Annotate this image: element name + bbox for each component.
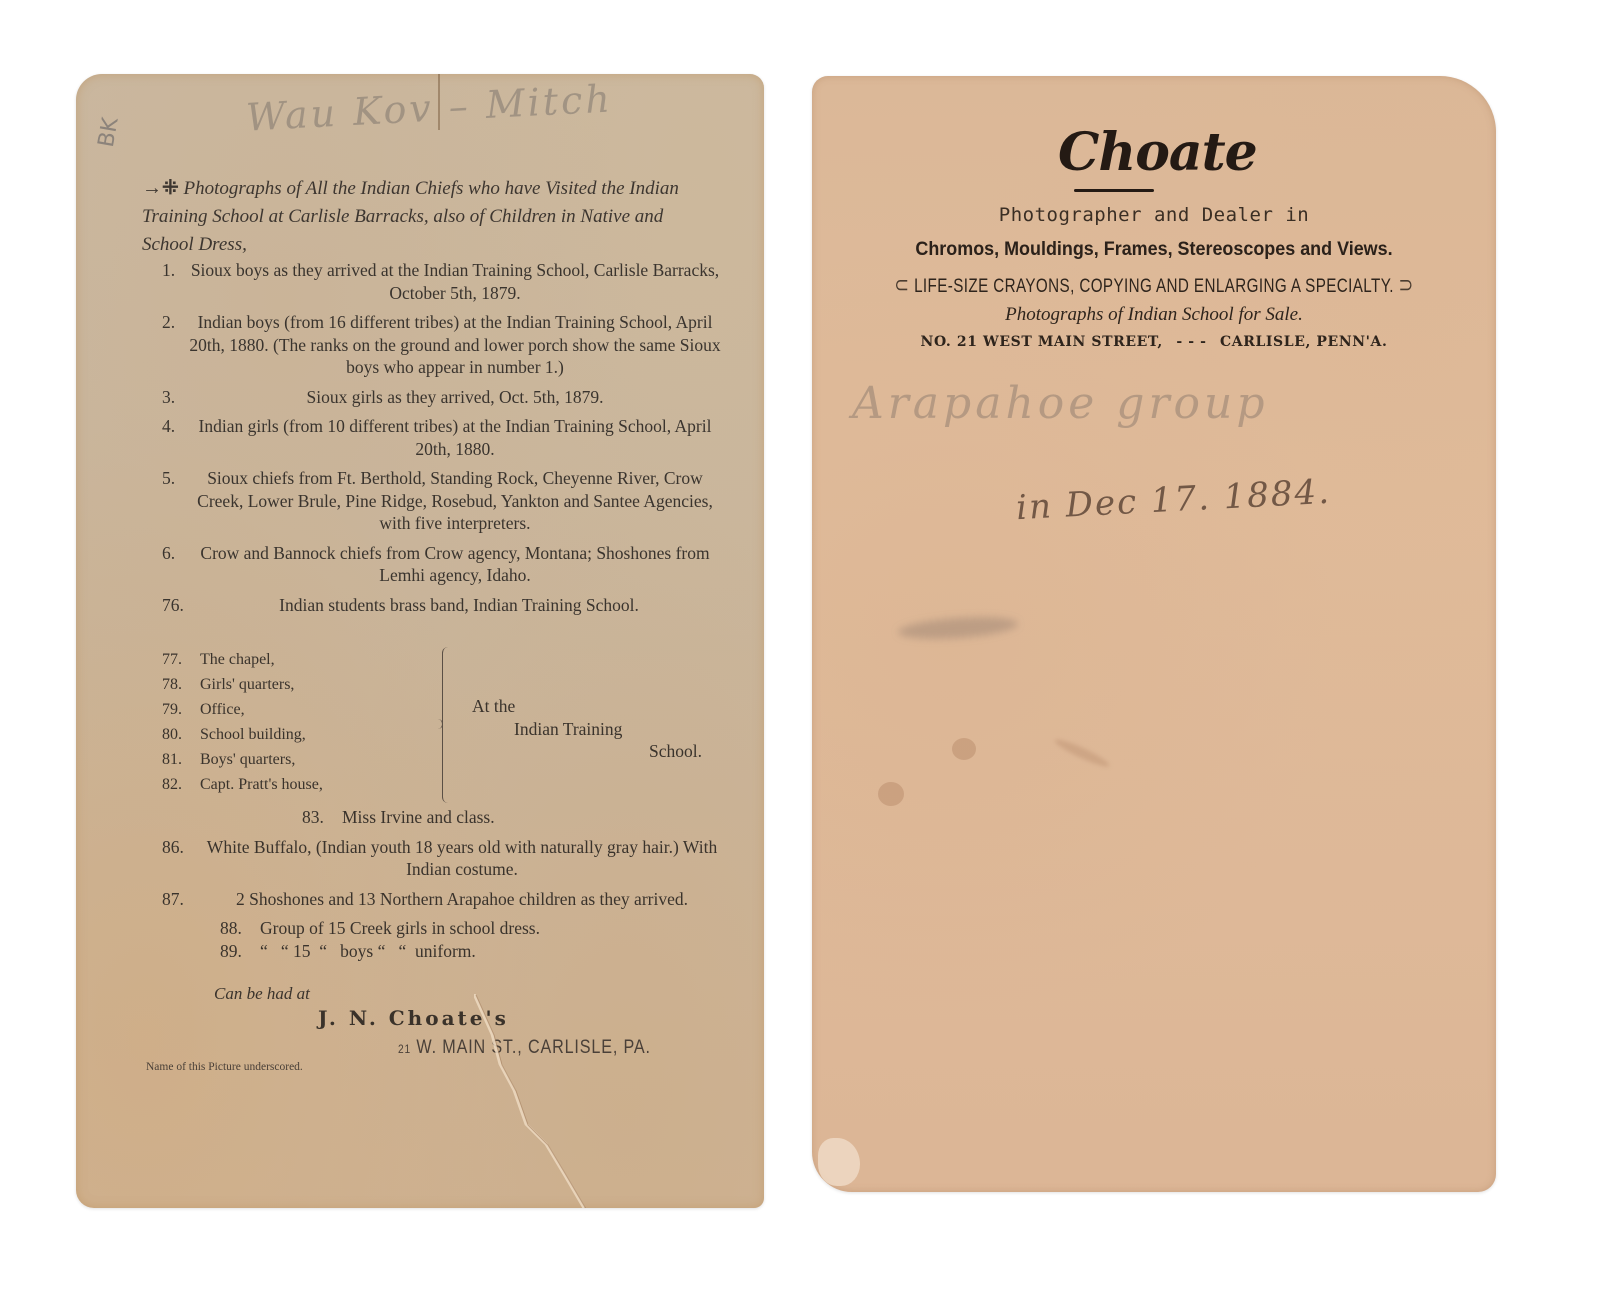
catalog-header: →⁜ Photographs of All the Indian Chiefs … [142, 174, 712, 259]
pencil-initials: BK [94, 116, 124, 149]
ink-inscription-date: in Dec 17. 1884. [1015, 472, 1332, 528]
scroll-ornament-icon: ⊃ [1399, 272, 1414, 297]
indian-school-photos-line: Photographs of Indian School for Sale. [812, 304, 1496, 326]
catalog-item: 5.Sioux chiefs from Ft. Berthold, Standi… [162, 467, 722, 535]
pencil-inscription-top: Wau Kov – Mitch [245, 76, 614, 139]
catalog-item: 4.Indian girls (from 10 different tribes… [162, 415, 722, 460]
stain [1053, 736, 1112, 770]
corner-wear [818, 1138, 860, 1186]
catalog-item: 87.2 Shoshones and 13 Northern Arapahoe … [162, 888, 722, 911]
goods-line: Chromos, Mouldings, Frames, Stereoscopes… [839, 238, 1468, 261]
stain [952, 738, 976, 760]
school-buildings-group: 77.The chapel, 78.Girls' quarters, 79.Of… [162, 647, 722, 817]
dealer-name: J. N. Choate's [318, 1006, 509, 1030]
footer-note: Name of this Picture underscored. [146, 1061, 303, 1073]
bracket-label: At the Indian Training School. [472, 695, 702, 763]
photographer-line: Photographer and Dealer in [812, 204, 1496, 226]
photo-catalog-list: 1.Sioux boys as they arrived at the Indi… [162, 259, 722, 623]
catalog-item: 89.“ “ 15 “ boys “ “ uniform. [162, 940, 722, 963]
specialty-line: ⊂ LIFE-SIZE CRAYONS, COPYING AND ENLARGI… [880, 272, 1427, 298]
stain [878, 782, 904, 806]
pointing-hand-ornament-icon: →⁜ [142, 177, 179, 199]
choate-script-logo: Choate [1058, 122, 1257, 183]
studio-address-line: NO. 21 WEST MAIN STREET, - - - CARLISLE,… [812, 334, 1496, 350]
scroll-ornament-icon: ⊂ [894, 272, 909, 297]
catalog-header-text: Photographs of All the Indian Chiefs who… [142, 178, 679, 255]
catalog-item: 1.Sioux boys as they arrived at the Indi… [162, 259, 722, 304]
catalog-item: 86.White Buffalo, (Indian youth 18 years… [162, 836, 722, 881]
right-card-reverse: Choate Photographer and Dealer in Chromo… [812, 76, 1496, 1192]
left-card-reverse: Wau Kov – Mitch BK →⁜ Photographs of All… [76, 74, 764, 1208]
catalog-item: 83.Miss Irvine and class. [162, 806, 722, 829]
catalog-item: 3.Sioux girls as they arrived, Oct. 5th,… [162, 386, 722, 409]
catalog-item: 88.Group of 15 Creek girls in school dre… [162, 917, 722, 940]
pencil-inscription: Arapahoe group [852, 378, 1269, 429]
catalog-item: 6.Crow and Bannock chiefs from Crow agen… [162, 542, 722, 587]
catalog-item: 2.Indian boys (from 16 different tribes)… [162, 311, 722, 379]
catalog-item: 76.Indian students brass band, Indian Tr… [162, 594, 722, 617]
can-be-had-text: Can be had at [214, 984, 310, 1004]
logo-underline [1074, 189, 1154, 192]
stain [897, 614, 1018, 642]
dealer-address: 21 W. MAIN ST., CARLISLE, PA. [398, 1037, 651, 1059]
photo-catalog-list-lower: 83.Miss Irvine and class. 86.White Buffa… [162, 806, 722, 969]
curly-brace-icon [442, 647, 457, 803]
